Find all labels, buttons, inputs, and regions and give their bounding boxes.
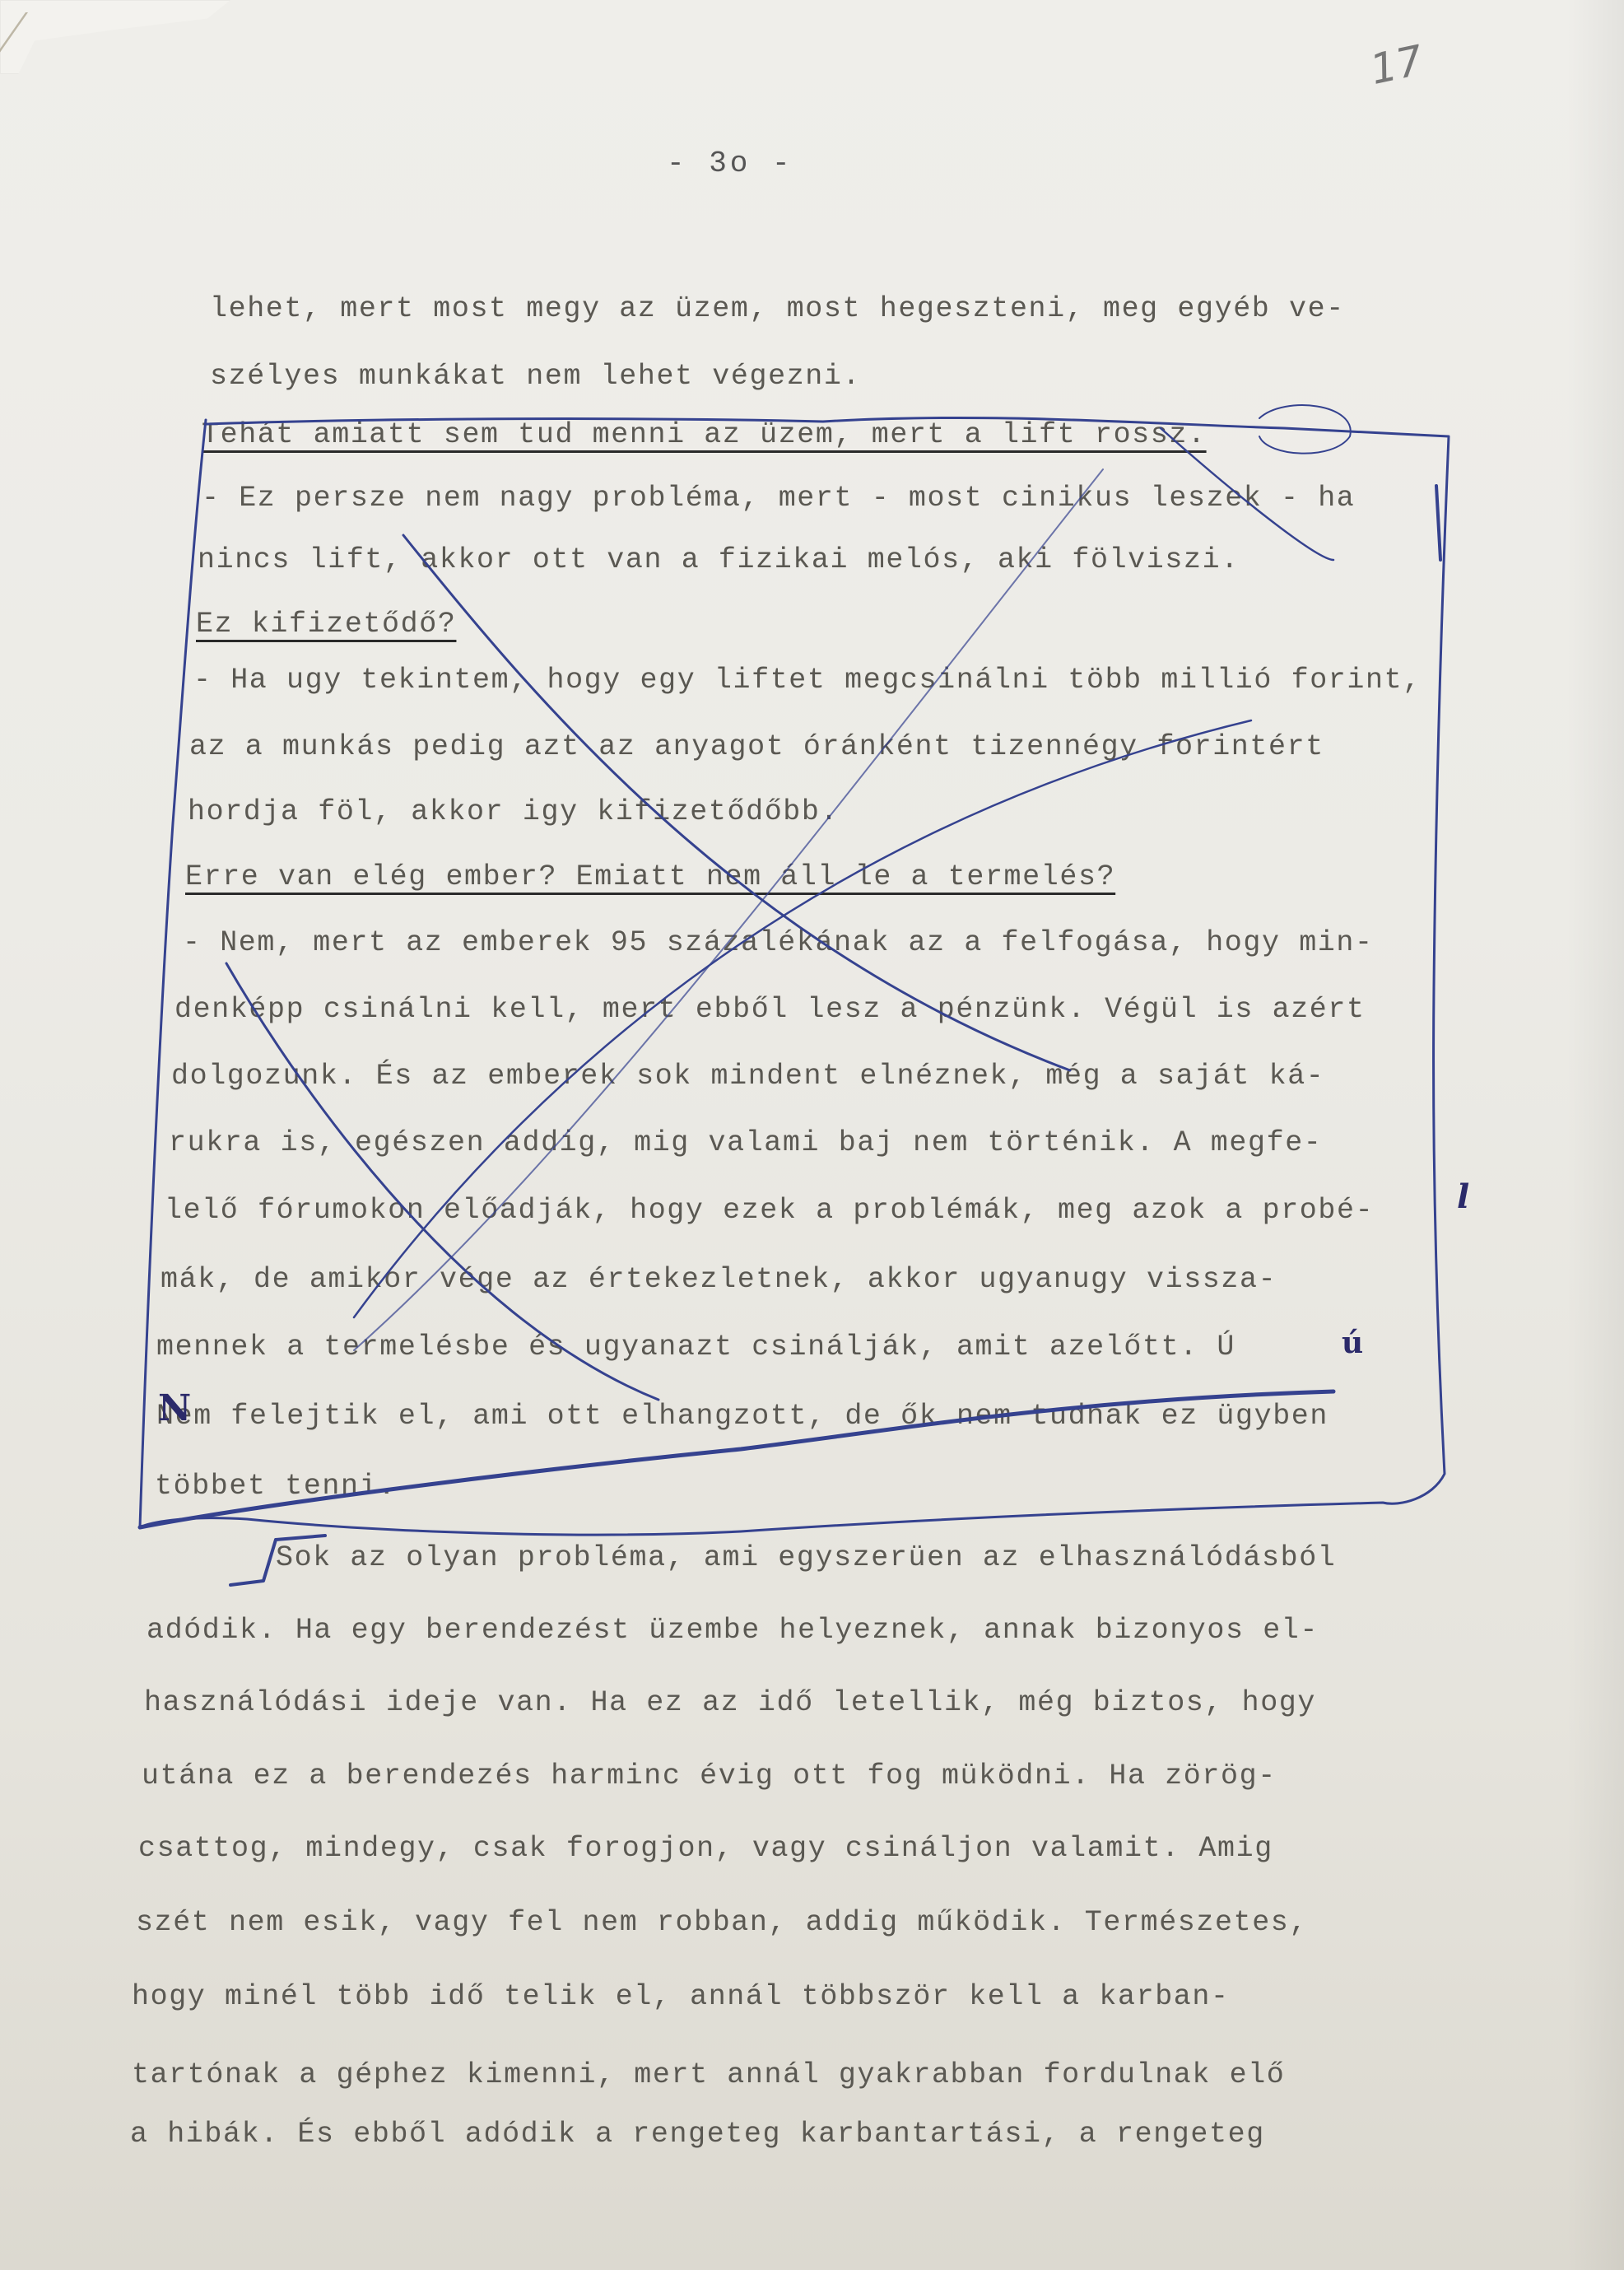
document-page: 17 - 3o - lehet, mert most megy az üzem,… (0, 0, 1624, 2270)
body-line-7: hogy minél több idő telik el, annál több… (132, 1980, 1230, 2013)
crossed-line-2: szélyes munkákat nem lehet végezni. (210, 360, 861, 393)
crossed-line-1: lehet, mert most megy az üzem, most hege… (210, 292, 1345, 325)
page-number: - 3o - (667, 147, 793, 180)
body-line-4: utána ez a berendezés harminc évig ott f… (142, 1760, 1277, 1792)
body-line-8: tartónak a géphez kimenni, mert annál gy… (132, 2058, 1285, 2091)
circle-rossz (1259, 405, 1351, 454)
body-line-1: Sok az olyan probléma, ami egyszerüen az… (276, 1541, 1336, 1574)
crossed-line-4: nincs lift, akkor ott van a fizikai meló… (198, 543, 1240, 576)
margin-mark-n: N (158, 1387, 191, 1429)
crossed-line-6: az a munkás pedig azt az anyagot óránkén… (189, 730, 1324, 763)
crossed-question-2: Ez kifizetődő? (196, 608, 456, 641)
body-line-2: adódik. Ha egy berendezést üzembe helyez… (147, 1614, 1319, 1647)
crossout-box (140, 417, 1449, 1535)
body-line-3: használódási ideje van. Ha ez az idő let… (144, 1686, 1316, 1719)
crossed-line-13: mák, de amikor vége az értekezletnek, ak… (161, 1263, 1277, 1296)
body-line-5: csattog, mindegy, csak forogjon, vagy cs… (138, 1832, 1273, 1865)
crossed-line-3: - Ez persze nem nagy probléma, mert - mo… (202, 482, 1355, 515)
margin-mark-u: ú (1342, 1326, 1363, 1360)
page-edge-shadow (1566, 0, 1624, 2270)
crossed-line-16: többet tenni. (155, 1470, 397, 1503)
crossed-question-3: Erre van elég ember? Emiatt nem áll le a… (185, 860, 1115, 893)
crossed-question-1: Tehát amiatt sem tud menni az üzem, mert… (202, 418, 1207, 451)
crossed-line-14: mennek a termelésbe és ugyanazt csináljá… (156, 1331, 1235, 1363)
crossed-line-9: denképp csinálni kell, mert ebből lesz a… (174, 993, 1366, 1026)
body-line-9: a hibák. És ebből adódik a rengeteg karb… (130, 2118, 1265, 2151)
crossed-line-15: Nem felejtik el, ami ott elhangzott, de … (156, 1400, 1329, 1433)
body-line-6: szét nem esik, vagy fel nem robban, addi… (136, 1906, 1308, 1939)
margin-mark-l: l (1457, 1177, 1469, 1216)
crossed-line-7: hordja föl, akkor igy kifizetődőbb. (188, 795, 839, 828)
crossed-line-12: lelő fórumokon előadják, hogy ezek a pro… (165, 1194, 1374, 1227)
handwritten-folio-number: 17 (1366, 36, 1427, 94)
crossed-line-11: rukra is, egészen addig, mig valami baj … (169, 1126, 1322, 1159)
crossed-line-10: dolgozunk. És az emberek sok mindent eln… (171, 1060, 1324, 1093)
crossed-line-5: - Ha ugy tekintem, hogy egy liftet megcs… (193, 664, 1422, 697)
box-right-tick (1436, 486, 1440, 560)
crossed-line-8: - Nem, mert az emberek 95 százalékának a… (183, 926, 1374, 959)
